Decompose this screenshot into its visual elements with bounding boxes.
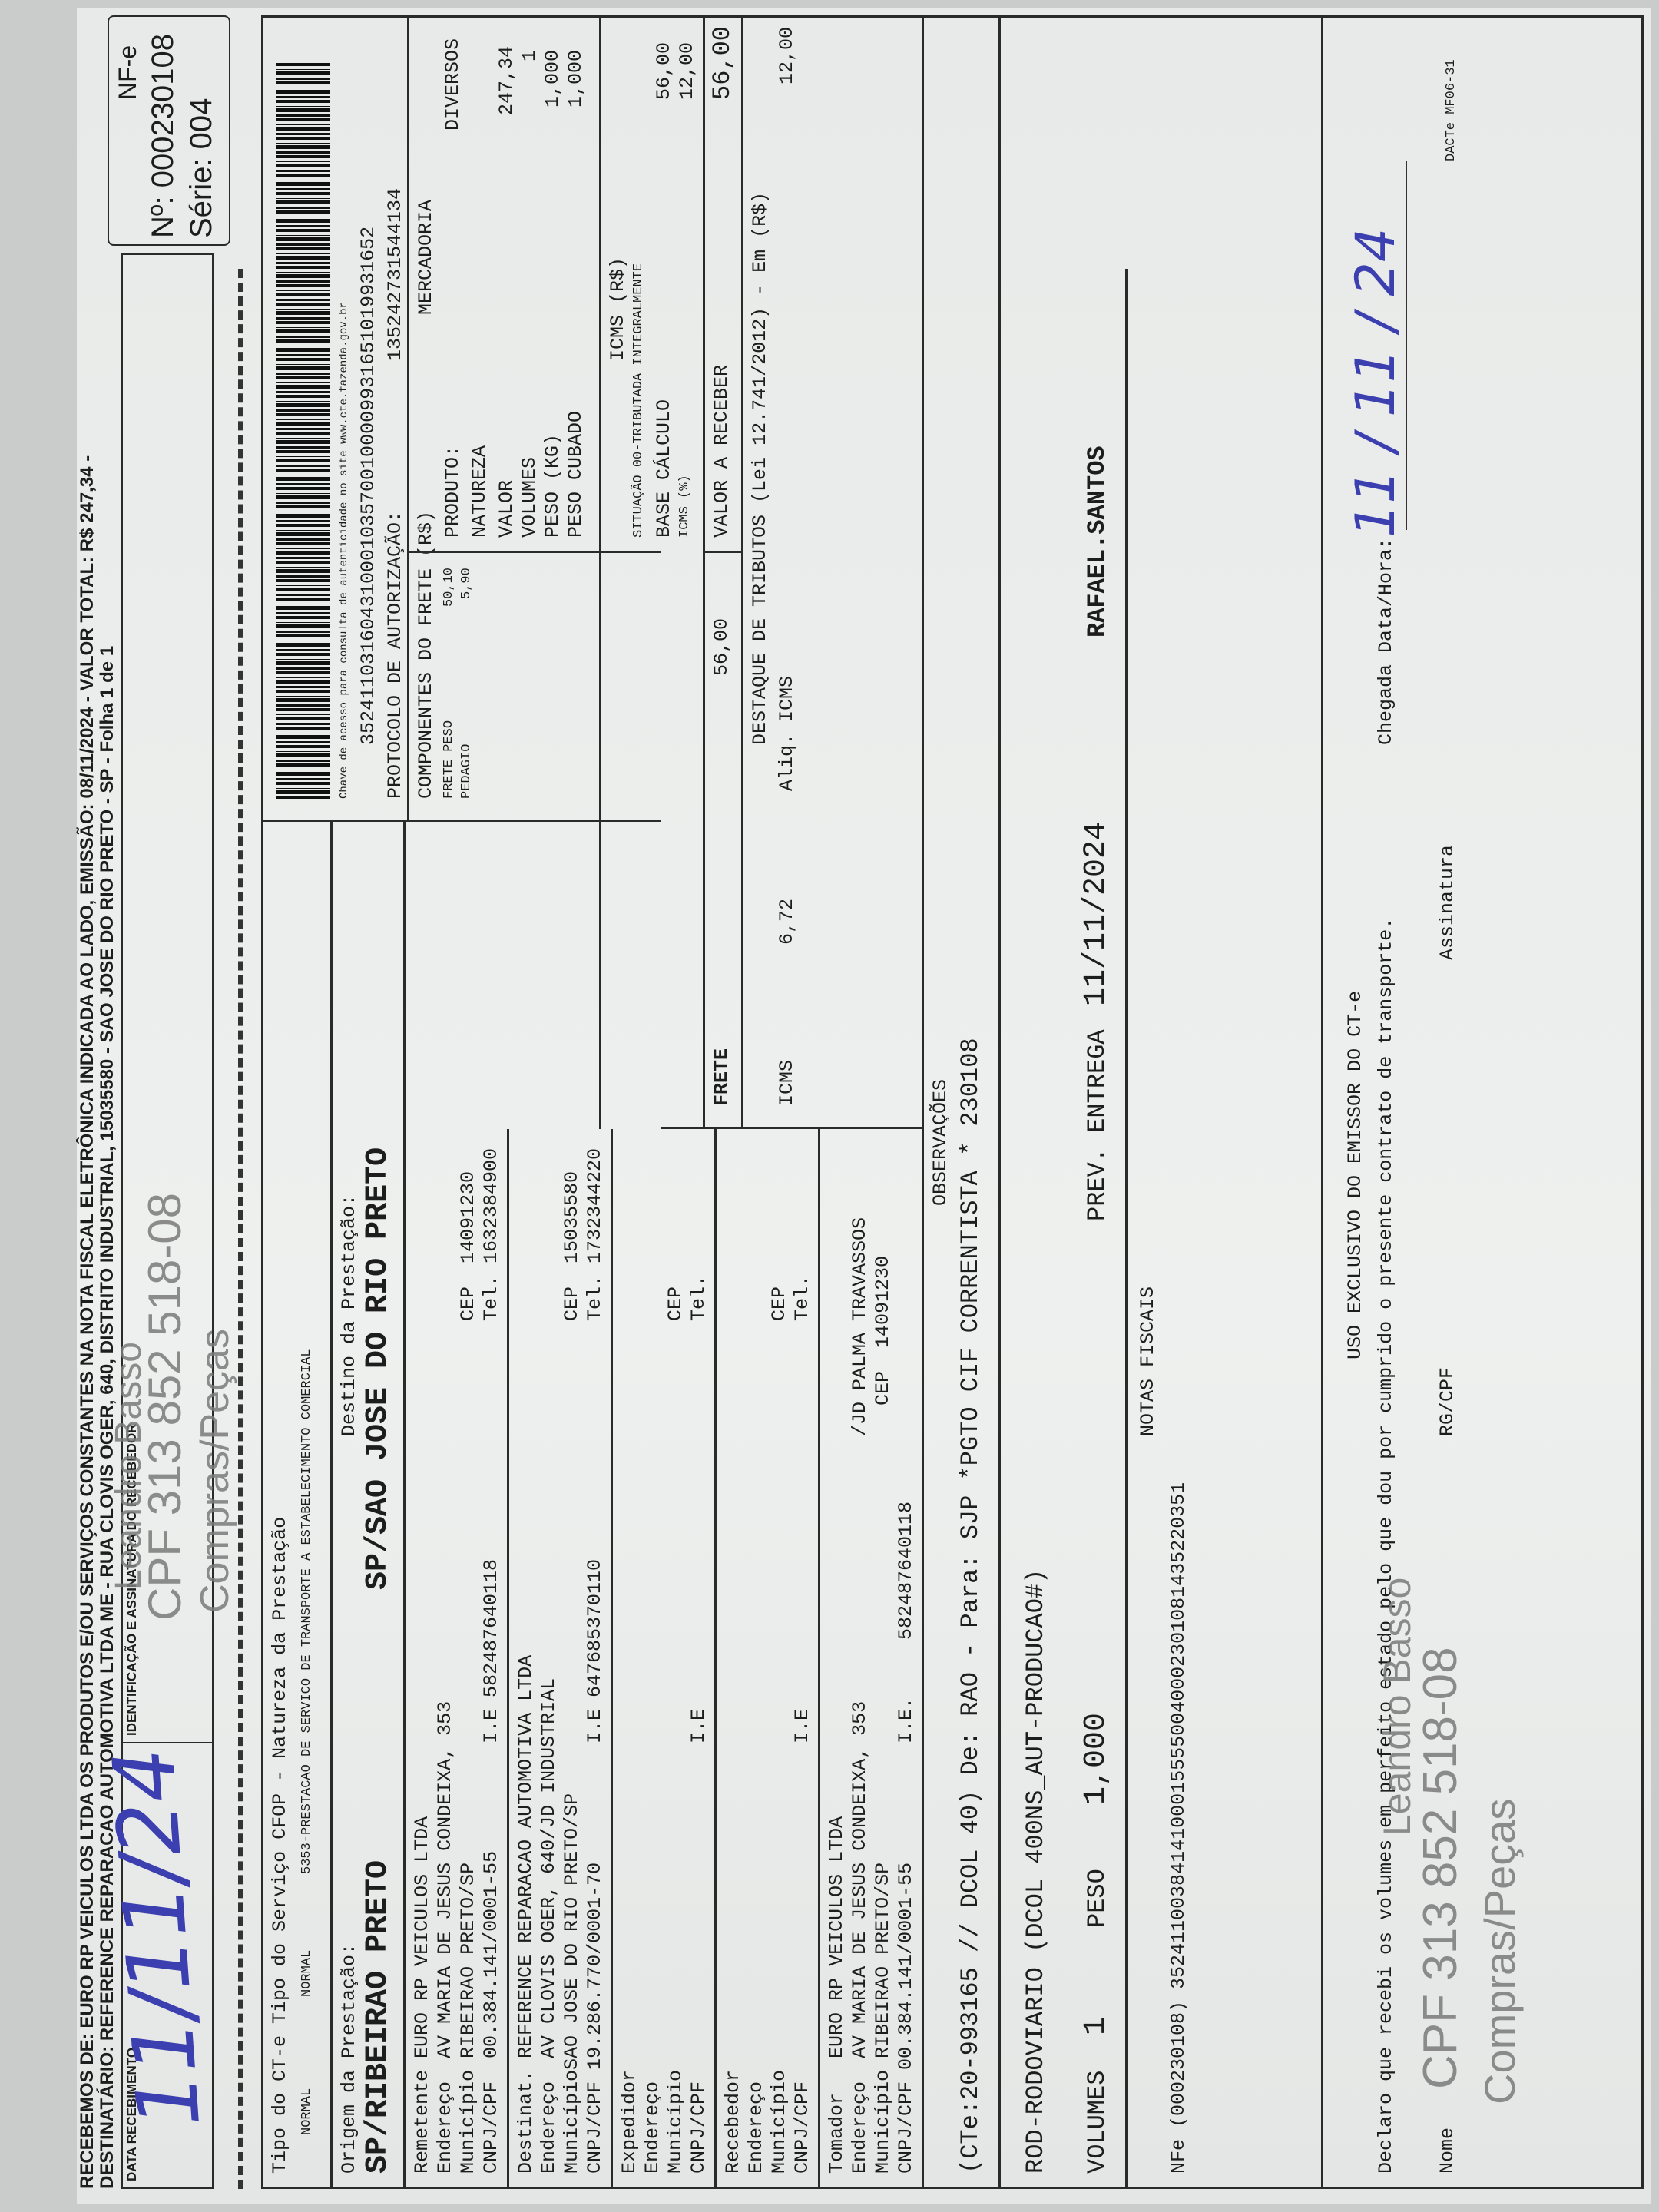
destinatario-municipio: SAO JOSE DO RIO PRETO/SP bbox=[561, 1793, 583, 2070]
observacoes-text: (CTe:20-993165 // DCOL 40) De: RAO - Par… bbox=[956, 1038, 985, 2174]
tomador-cep: 14091230 bbox=[872, 1256, 894, 1348]
tomador-nome: EURO RP VEICULOS LTDA bbox=[826, 1816, 848, 2058]
tomador-municipio: RIBEIRAO PRETO/SP bbox=[872, 1863, 894, 2058]
remetente-endereco: AV MARIA DE JESUS CONDEIXA, 353 bbox=[434, 1701, 456, 2058]
remetente-label: Remetente EURO RP VEICULOS LTDA bbox=[411, 1816, 433, 2174]
peso-value: 1,000 bbox=[1079, 1713, 1114, 1805]
icms-base: 56,00 bbox=[653, 42, 675, 100]
observacoes-title: OBSERVAÇÕES bbox=[929, 1079, 952, 1206]
protocolo-value: 135242731544134 bbox=[384, 188, 406, 361]
tributos-title: DESTAQUE DE TRIBUTOS (Lei 12.741/2012) -… bbox=[749, 192, 771, 745]
origem-value: SP/RIBEIRAO PRETO bbox=[361, 1860, 396, 2174]
icms-title: ICMS (R$) bbox=[607, 257, 629, 361]
origem-label: Origem da Prestação: bbox=[338, 1943, 360, 2174]
rotated-document: RECEBEMOS DE: EURO RP VEICULOS LTDA OS P… bbox=[0, 0, 1659, 2212]
destino-value: SP/SAO JOSE DO RIO PRETO bbox=[361, 1147, 396, 1590]
tributos-aliq: 12,00 bbox=[776, 27, 798, 84]
tipo-cte: NORMAL bbox=[300, 2088, 314, 2135]
chave-label: Chave de acesso para consulta de autenti… bbox=[338, 302, 350, 799]
tomador-endereco: AV MARIA DE JESUS CONDEIXA, 353 bbox=[849, 1701, 871, 2058]
cpf-stamp-footer: CPF 313 852 518-08 bbox=[1413, 1647, 1468, 2089]
destinatario-tel: 1732344220 bbox=[584, 1148, 606, 1263]
modal-rodoviario: ROD-RODOVIARIO (DCOL 400NS_AUT-PRODUCAO#… bbox=[1022, 1569, 1050, 2174]
footer-title: USO EXCLUSIVO DO EMISSOR DO CT-e bbox=[1344, 991, 1366, 1359]
volumes-label: VOLUMES bbox=[1083, 2071, 1111, 2174]
icms-aliq: 12,00 bbox=[676, 42, 698, 100]
tomador-ie: 582487640118 bbox=[895, 1502, 917, 1640]
dept-stamp-top: Compras/Peças bbox=[192, 1329, 238, 1613]
destinatario-cep: 15035580 bbox=[561, 1171, 583, 1263]
peso-label: PESO bbox=[1083, 1869, 1111, 1928]
remetente-nome: EURO RP VEICULOS LTDA bbox=[411, 1816, 433, 2058]
remetente-cnpj: 00.384.141/0001-55 bbox=[480, 1851, 502, 2058]
destino-label: Destino da Prestação: bbox=[338, 1194, 360, 1436]
cpf-stamp-top: CPF 313 852 518-08 bbox=[138, 1193, 191, 1621]
expedidor-label: Expedidor bbox=[618, 2070, 641, 2174]
cfop: 5353-PRESTACAO DE SERVICO DE TRANSPORTE … bbox=[300, 1349, 314, 1874]
icms-situacao: SITUAÇÃO 00-TRIBUTADA INTEGRALMENTE bbox=[631, 263, 646, 538]
rg-cpf-label: RG/CPF bbox=[1436, 1367, 1459, 1436]
remetente-tel: 1632384900 bbox=[480, 1148, 502, 1263]
chave-value: 3524110316043100010357001000099316510199… bbox=[357, 227, 379, 745]
nfe-title: NF-e bbox=[114, 45, 142, 100]
componentes-title: COMPONENTES DO FRETE (R$) bbox=[415, 511, 437, 799]
chegada-label: Chegada Data/Hora: bbox=[1375, 538, 1397, 745]
usuario: RAFAEL.SANTOS bbox=[1083, 445, 1111, 637]
cut-line bbox=[238, 269, 243, 2189]
barcode bbox=[276, 61, 330, 799]
remetente-ie: 582487640118 bbox=[480, 1559, 502, 1697]
dept-stamp-footer: Compras/Peças bbox=[1475, 1799, 1525, 2104]
prev-entrega-label: PREV. ENTREGA bbox=[1083, 1029, 1111, 1221]
valor-receber: 56,00 bbox=[708, 26, 737, 100]
prev-entrega-value: 11/11/2024 bbox=[1079, 822, 1114, 1006]
form-code: DACTe_MF06-31 bbox=[1444, 59, 1459, 161]
remetente-cep: 14091230 bbox=[457, 1171, 479, 1263]
tributos-icms: 6,72 bbox=[776, 899, 798, 945]
destinatario-ie: 647685370110 bbox=[584, 1559, 606, 1697]
destinatario-nome: REFERENCE REPARACAO AUTOMOTIVA LTDA bbox=[515, 1655, 537, 2058]
tipo-servico: NORMAL bbox=[300, 1950, 314, 1997]
nfe-number: Nº: 000230108 bbox=[146, 34, 180, 238]
tomador-cnpj: 00.384.141/0001-55 bbox=[895, 1863, 917, 2070]
chegada-handwritten: 11 / 11 / 24 bbox=[1344, 228, 1407, 538]
notas-title: NOTAS FISCAIS bbox=[1137, 1286, 1159, 1436]
receipt-line-1: RECEBEMOS DE: EURO RP VEICULOS LTDA OS P… bbox=[77, 455, 98, 2189]
volumes-value: 1 bbox=[1079, 2017, 1114, 2035]
nota-item: NFe (000230108) 352411003841410001555500… bbox=[1167, 1482, 1190, 2174]
mercadoria-title: MERCADORIA bbox=[415, 200, 437, 315]
declaro-text: Declaro que recebi os volumes em perfeit… bbox=[1375, 918, 1397, 2174]
destinatario-cnpj: 19.286.770/0001-70 bbox=[584, 1863, 606, 2070]
nome-label: Nome bbox=[1436, 2128, 1459, 2174]
protocolo-label: PROTOCOLO DE AUTORIZAÇÃO: bbox=[384, 511, 406, 799]
dacte-sheet: RECEBEMOS DE: EURO RP VEICULOS LTDA OS P… bbox=[77, 8, 1651, 2204]
assinatura-label: Assinatura bbox=[1436, 845, 1459, 960]
tipo-header: Tipo do CT-e Tipo do Serviço CFOP - Natu… bbox=[269, 1517, 291, 2174]
nfe-serie: Série: 004 bbox=[184, 98, 219, 238]
frete-value: 56,00 bbox=[710, 618, 733, 676]
destinatario-endereco: AV CLOVIS OGER, 640/JD INDUSTRIAL bbox=[538, 1678, 560, 2058]
remetente-municipio: RIBEIRAO PRETO/SP bbox=[457, 1863, 479, 2058]
tomador-bairro: /JD PALMA TRAVASSOS bbox=[849, 1217, 871, 1436]
recebedor-label: Recebedor bbox=[722, 2070, 744, 2174]
